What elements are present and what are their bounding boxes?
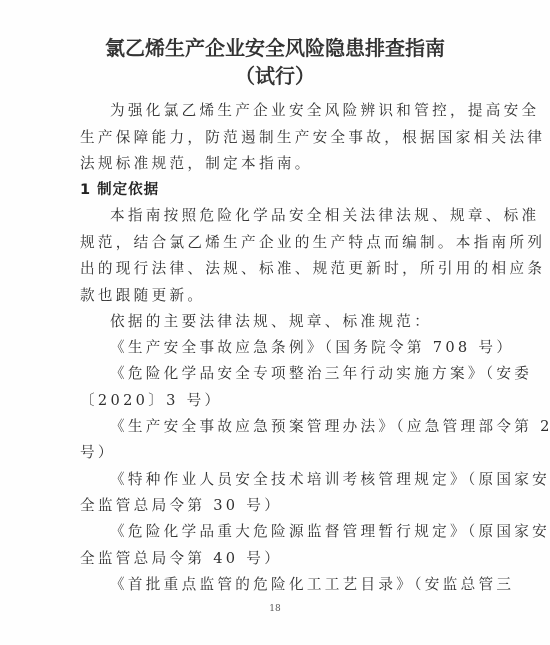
intro-line: 法规标准规范，制定本指南。 [80, 154, 466, 174]
reference-item-cont: 号） [80, 443, 466, 463]
paragraph-line: 款也跟随更新。 [80, 286, 466, 306]
reference-item-cont: 〔2020〕3 号） [80, 391, 466, 411]
intro-line: 为强化氯乙烯生产企业安全风险辨识和管控，提高安全 [110, 101, 466, 121]
document-subtitle: （试行） [0, 60, 550, 89]
document-title: 氯乙烯生产企业安全风险隐患排查指南 [0, 32, 550, 61]
reference-item-cont: 全监管总局令第 30 号） [80, 496, 466, 516]
intro-line: 生产保障能力，防范遏制生产安全事故，根据国家相关法律 [80, 128, 466, 148]
document-page: 氯乙烯生产企业安全风险隐患排查指南 （试行） 为强化氯乙烯生产企业安全风险辨识和… [0, 0, 550, 645]
reference-item-cont: 全监管总局令第 40 号） [80, 549, 466, 569]
paragraph-line: 本指南按照危险化学品安全相关法律法规、规章、标准 [110, 206, 466, 226]
reference-item: 《生产安全事故应急条例》（国务院令第 708 号） [110, 338, 466, 358]
paragraph-line: 规范，结合氯乙烯生产企业的生产特点而编制。本指南所列 [80, 233, 466, 253]
list-intro: 依据的主要法律法规、规章、标准规范： [110, 312, 466, 332]
page-number: 18 [0, 604, 550, 614]
section-heading: 1 制定依据 [80, 180, 466, 200]
paragraph-line: 出的现行法律、法规、标准、规范更新时，所引用的相应条 [80, 259, 466, 279]
reference-item: 《特种作业人员安全技术培训考核管理规定》（原国家安 [110, 470, 466, 490]
reference-item: 《生产安全事故应急预案管理办法》（应急管理部令第 2 [110, 417, 466, 437]
reference-item: 《危险化学品安全专项整治三年行动实施方案》（安委 [110, 364, 466, 384]
reference-item: 《危险化学品重大危险源监督管理暂行规定》（原国家安 [110, 522, 466, 542]
reference-item: 《首批重点监管的危险化工工艺目录》（安监总管三 [110, 575, 466, 595]
